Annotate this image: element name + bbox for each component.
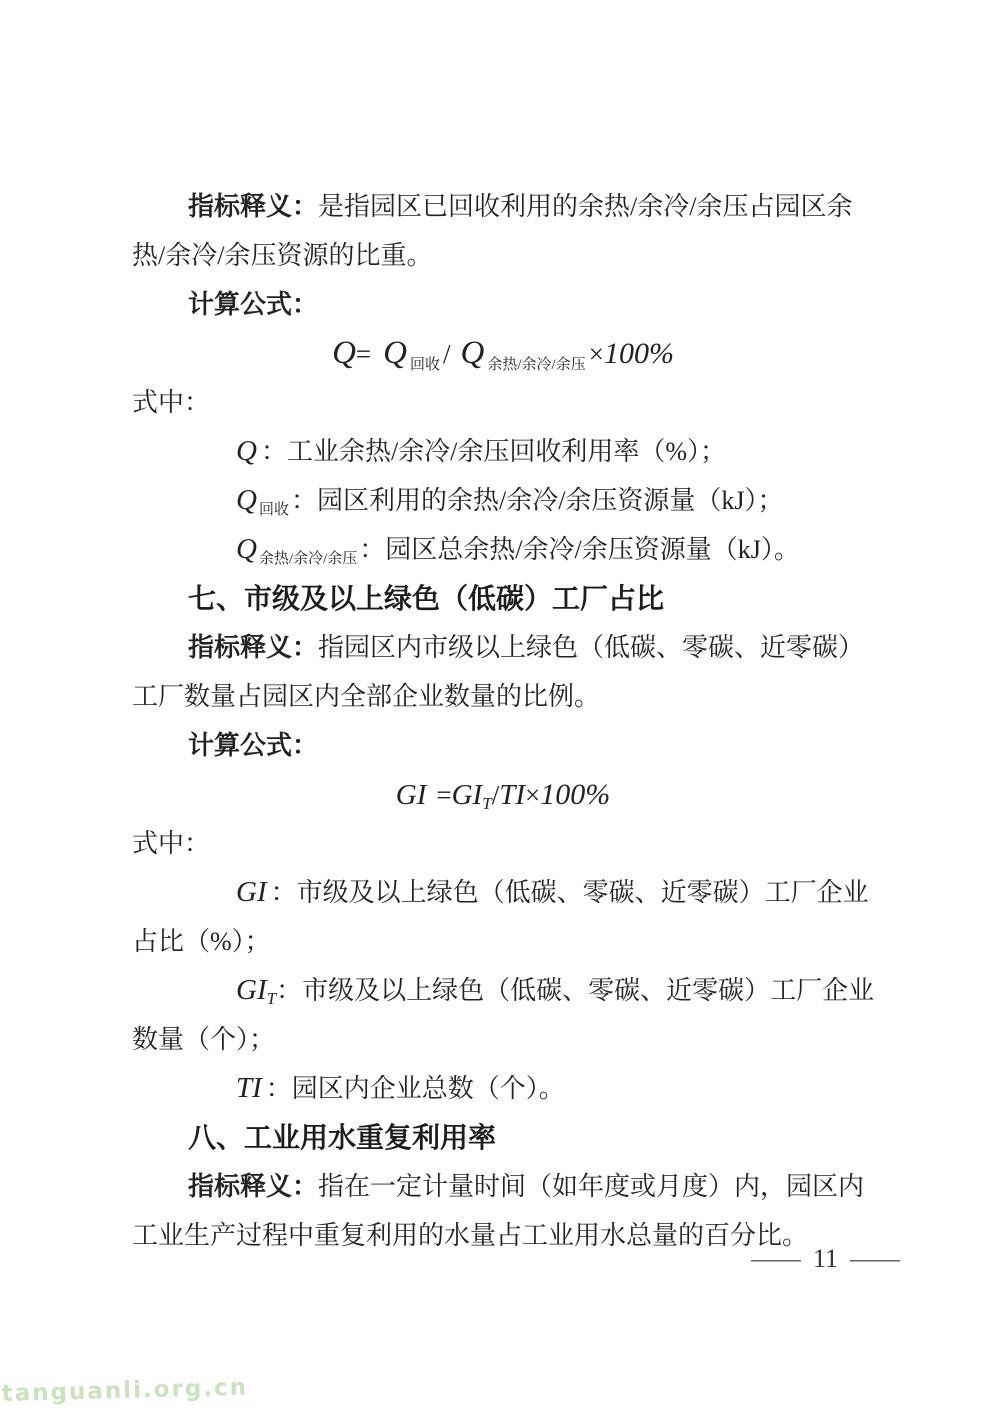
s7-formula: GI=GIT/TI×100% — [132, 770, 874, 819]
term-symbol: TI — [236, 1072, 262, 1104]
document-page: 指标释义：是指园区已回收利用的余热/余冷/余压占园区余 热/余冷/余压资源的比重… — [0, 0, 1000, 1414]
watermark: tanguanli.org.cn — [1, 1375, 248, 1407]
term-subscript: 余热/余冷/余压 — [259, 551, 357, 567]
term-description: ：园区内企业总数（个）。 — [266, 1074, 565, 1103]
s7-definition-label: 指标释义： — [188, 633, 318, 662]
term-description: ：园区利用的余热/余冷/余压资源量（kJ）； — [291, 486, 784, 515]
s7-where-label: 式中： — [132, 819, 874, 868]
times-sign: × — [589, 339, 604, 369]
formula-sub-total: 余热/余冷/余压 — [487, 357, 585, 373]
page-content: 指标释义：是指园区已回收利用的余热/余冷/余压占园区余 热/余冷/余压资源的比重… — [132, 182, 874, 1260]
s6-term-q: Q：工业余热/余冷/余压回收利用率（%）； — [132, 427, 874, 476]
term-description: ：园区总余热/余冷/余压资源量（kJ）。 — [359, 535, 800, 564]
page-footer: — 11 — — [763, 1243, 888, 1275]
equals-sign: = — [436, 780, 451, 810]
term-description: ：市级及以上绿色（低碳、零碳、近零碳）工厂企业 — [271, 878, 869, 907]
s7-definition-line1: 指标释义：指园区内市级以上绿色（低碳、零碳、近零碳） — [132, 623, 874, 672]
formula-value: 100% — [540, 778, 610, 811]
s8-definition-text: 指在一定计量时间（如年度或月度）内，园区内 — [318, 1172, 864, 1201]
times-sign: × — [525, 780, 540, 810]
formula-sub-recovered: 回收 — [410, 357, 440, 373]
term-description: ：市级及以上绿色（低碳、零碳、近零碳）工厂企业 — [276, 976, 874, 1005]
s6-formula: Q=Q回收/Q余热/余冷/余压×100% — [132, 329, 874, 378]
term-symbol: GI — [236, 974, 267, 1006]
formula-sub-t: T — [482, 794, 491, 813]
term-symbol: Q — [236, 484, 257, 516]
s7-calc-label: 计算公式： — [132, 721, 874, 770]
formula-lhs: Q — [332, 335, 356, 371]
term-symbol: GI — [236, 876, 267, 908]
formula-lhs: GI — [396, 779, 427, 811]
s6-term-q-recovered: Q回收：园区利用的余热/余冷/余压资源量（kJ）； — [132, 476, 874, 525]
s6-definition-text: 是指园区已回收利用的余热/余冷/余压占园区余 — [318, 192, 852, 221]
footer-dash-right: — — [850, 1243, 899, 1275]
s6-definition-line1: 指标释义：是指园区已回收利用的余热/余冷/余压占园区余 — [132, 182, 874, 231]
equals-sign: = — [356, 339, 371, 369]
formula-var-green: GI — [452, 779, 483, 811]
slash-sign: / — [443, 339, 451, 369]
s6-definition-line2: 热/余冷/余压资源的比重。 — [132, 231, 874, 280]
footer-dash-left: — — [751, 1243, 800, 1275]
s6-calc-label: 计算公式： — [132, 280, 874, 329]
s7-term-gi-cont: 占比（%）； — [132, 917, 874, 966]
term-description: ：工业余热/余冷/余压回收利用率（%）； — [261, 437, 726, 466]
s7-definition-line2: 工厂数量占园区内全部企业数量的比例。 — [132, 672, 874, 721]
s7-heading: 七、市级及以上绿色（低碳）工厂占比 — [132, 574, 874, 623]
s7-term-ti: TI：园区内企业总数（个）。 — [132, 1064, 874, 1113]
s6-where-label: 式中： — [132, 378, 874, 427]
formula-var-total: TI — [499, 779, 525, 811]
s8-definition-label: 指标释义： — [188, 1172, 318, 1201]
s7-term-git-cont: 数量（个）； — [132, 1015, 874, 1064]
term-subscript: T — [267, 989, 276, 1008]
term-symbol: Q — [236, 533, 257, 565]
term-subscript: 回收 — [259, 502, 289, 518]
s8-heading: 八、工业用水重复利用率 — [132, 1113, 874, 1162]
s7-definition-text: 指园区内市级以上绿色（低碳、零碳、近零碳） — [318, 633, 864, 662]
s7-term-git: GIT：市级及以上绿色（低碳、零碳、近零碳）工厂企业 — [132, 966, 874, 1015]
formula-value: 100% — [604, 337, 674, 370]
term-symbol: Q — [236, 435, 257, 467]
formula-var-recovered: Q — [383, 335, 407, 371]
s7-term-gi: GI：市级及以上绿色（低碳、零碳、近零碳）工厂企业 — [132, 868, 874, 917]
s6-definition-label: 指标释义： — [188, 192, 318, 221]
page-number: 11 — [813, 1243, 838, 1275]
formula-var-total: Q — [461, 335, 485, 371]
s6-term-q-total: Q余热/余冷/余压：园区总余热/余冷/余压资源量（kJ）。 — [132, 525, 874, 574]
s8-definition-line1: 指标释义：指在一定计量时间（如年度或月度）内，园区内 — [132, 1162, 874, 1211]
